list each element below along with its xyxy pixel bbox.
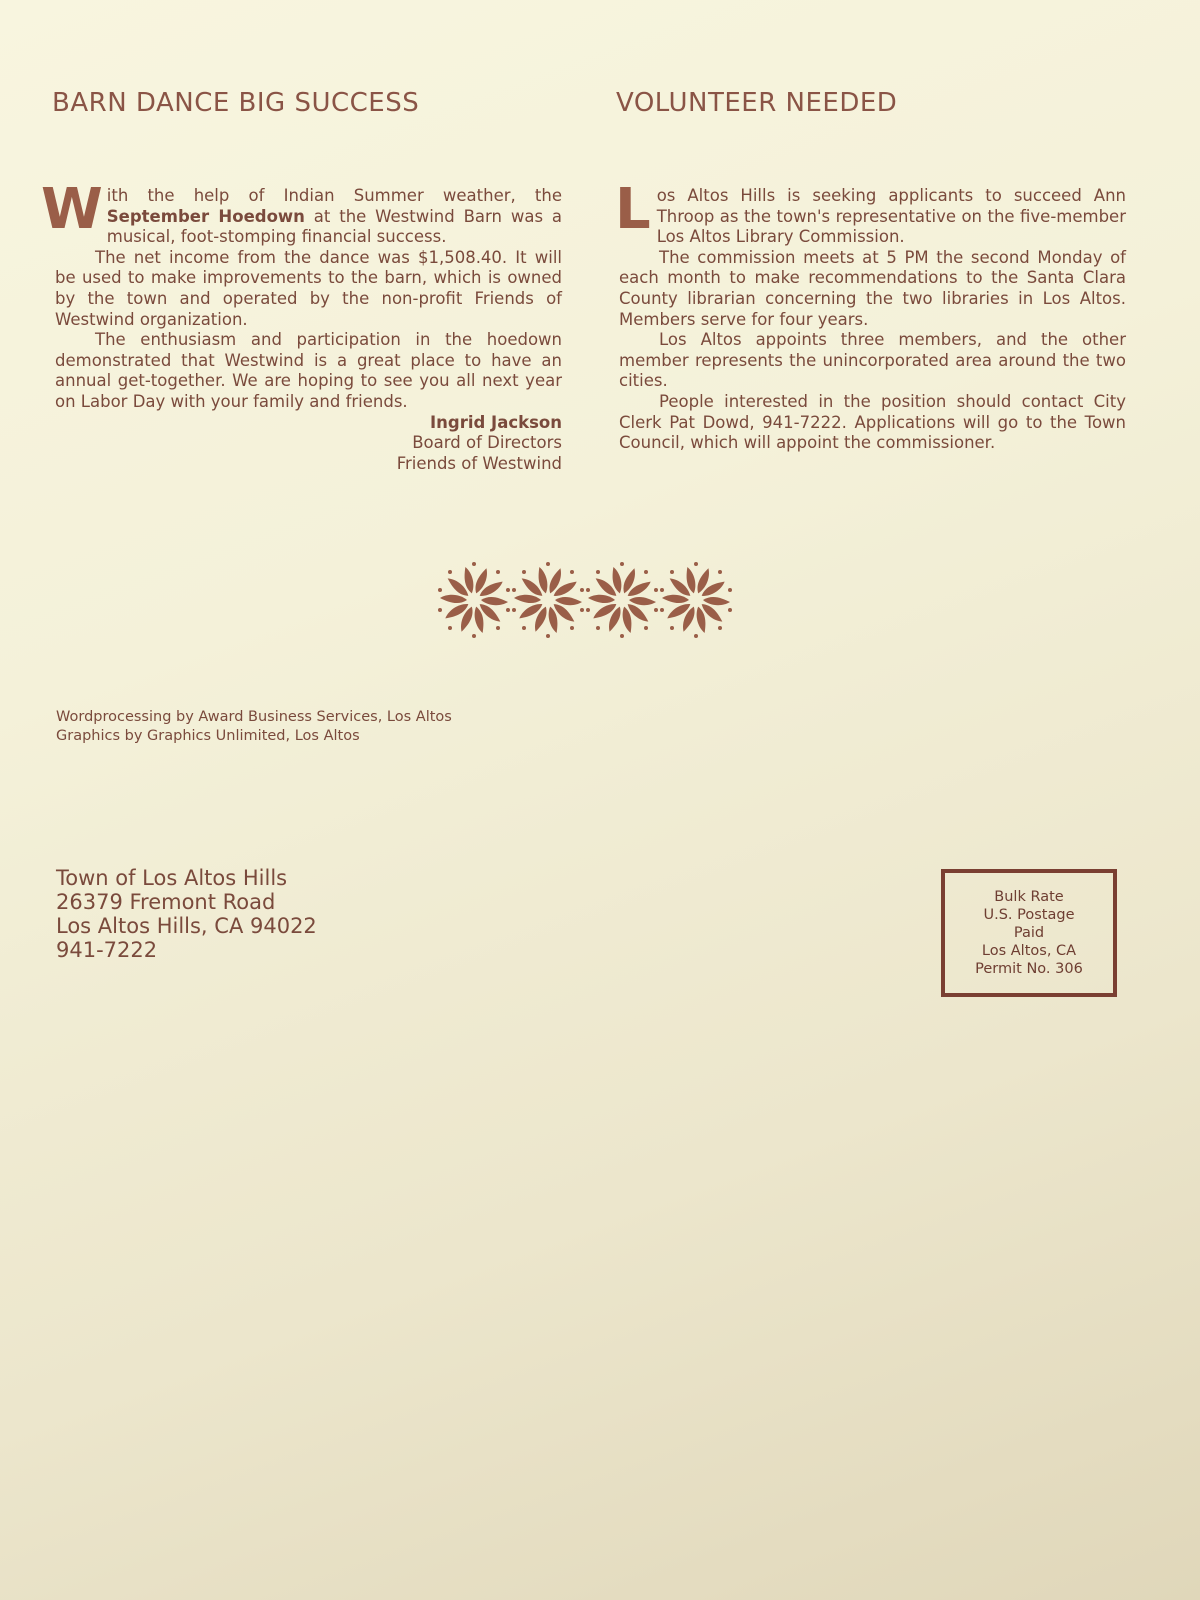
address-line: 26379 Fremont Road: [56, 890, 317, 914]
text-run: ith the help of Indian Summer weather, t…: [107, 186, 562, 205]
article-volunteer-needed: Los Altos Hills is seeking applicants to…: [619, 186, 1126, 454]
article-paragraph: People interested in the position should…: [619, 392, 1126, 454]
address-line: Los Altos Hills, CA 94022: [56, 914, 317, 938]
indicia-line: Los Altos, CA: [982, 942, 1076, 960]
headline-volunteer-needed: VOLUNTEER NEEDED: [616, 88, 897, 118]
text-run: os Altos Hills is seeking applicants to …: [657, 186, 1126, 246]
article-paragraph: With the help of Indian Summer weather, …: [55, 186, 562, 248]
production-credits: Wordprocessing by Award Business Service…: [56, 708, 452, 746]
indicia-line: Permit No. 306: [975, 960, 1083, 978]
article-paragraph: The net income from the dance was $1,508…: [55, 248, 562, 330]
address-phone: 941-7222: [56, 938, 317, 962]
postal-indicia: Bulk Rate U.S. Postage Paid Los Altos, C…: [941, 869, 1117, 997]
article-barn-dance: With the help of Indian Summer weather, …: [55, 186, 562, 474]
article-paragraph: Los Altos appoints three members, and th…: [619, 330, 1126, 392]
signature-block: Ingrid Jackson Board of Directors Friend…: [55, 413, 562, 475]
credit-graphics: Graphics by Graphics Unlimited, Los Alto…: [56, 727, 452, 746]
drop-cap: L: [615, 188, 651, 232]
drop-cap: W: [41, 188, 103, 232]
signature-name: Ingrid Jackson: [55, 413, 562, 434]
newsletter-page: BARN DANCE BIG SUCCESS VOLUNTEER NEEDED …: [0, 0, 1200, 1600]
address-line: Town of Los Altos Hills: [56, 866, 317, 890]
return-address: Town of Los Altos Hills 26379 Fremont Ro…: [56, 866, 317, 962]
event-name: September Hoedown: [107, 207, 305, 226]
signature-org: Friends of Westwind: [55, 454, 562, 475]
indicia-line: U.S. Postage: [984, 906, 1075, 924]
article-paragraph: Los Altos Hills is seeking applicants to…: [619, 186, 1126, 248]
headline-barn-dance: BARN DANCE BIG SUCCESS: [52, 88, 419, 118]
flower-border-ornament-icon: [437, 560, 735, 640]
article-paragraph: The commission meets at 5 PM the second …: [619, 248, 1126, 330]
signature-title: Board of Directors: [55, 433, 562, 454]
article-paragraph: The enthusiasm and participation in the …: [55, 330, 562, 412]
indicia-line: Bulk Rate: [994, 888, 1063, 906]
indicia-line: Paid: [1014, 924, 1044, 942]
credit-wordprocessing: Wordprocessing by Award Business Service…: [56, 708, 452, 727]
